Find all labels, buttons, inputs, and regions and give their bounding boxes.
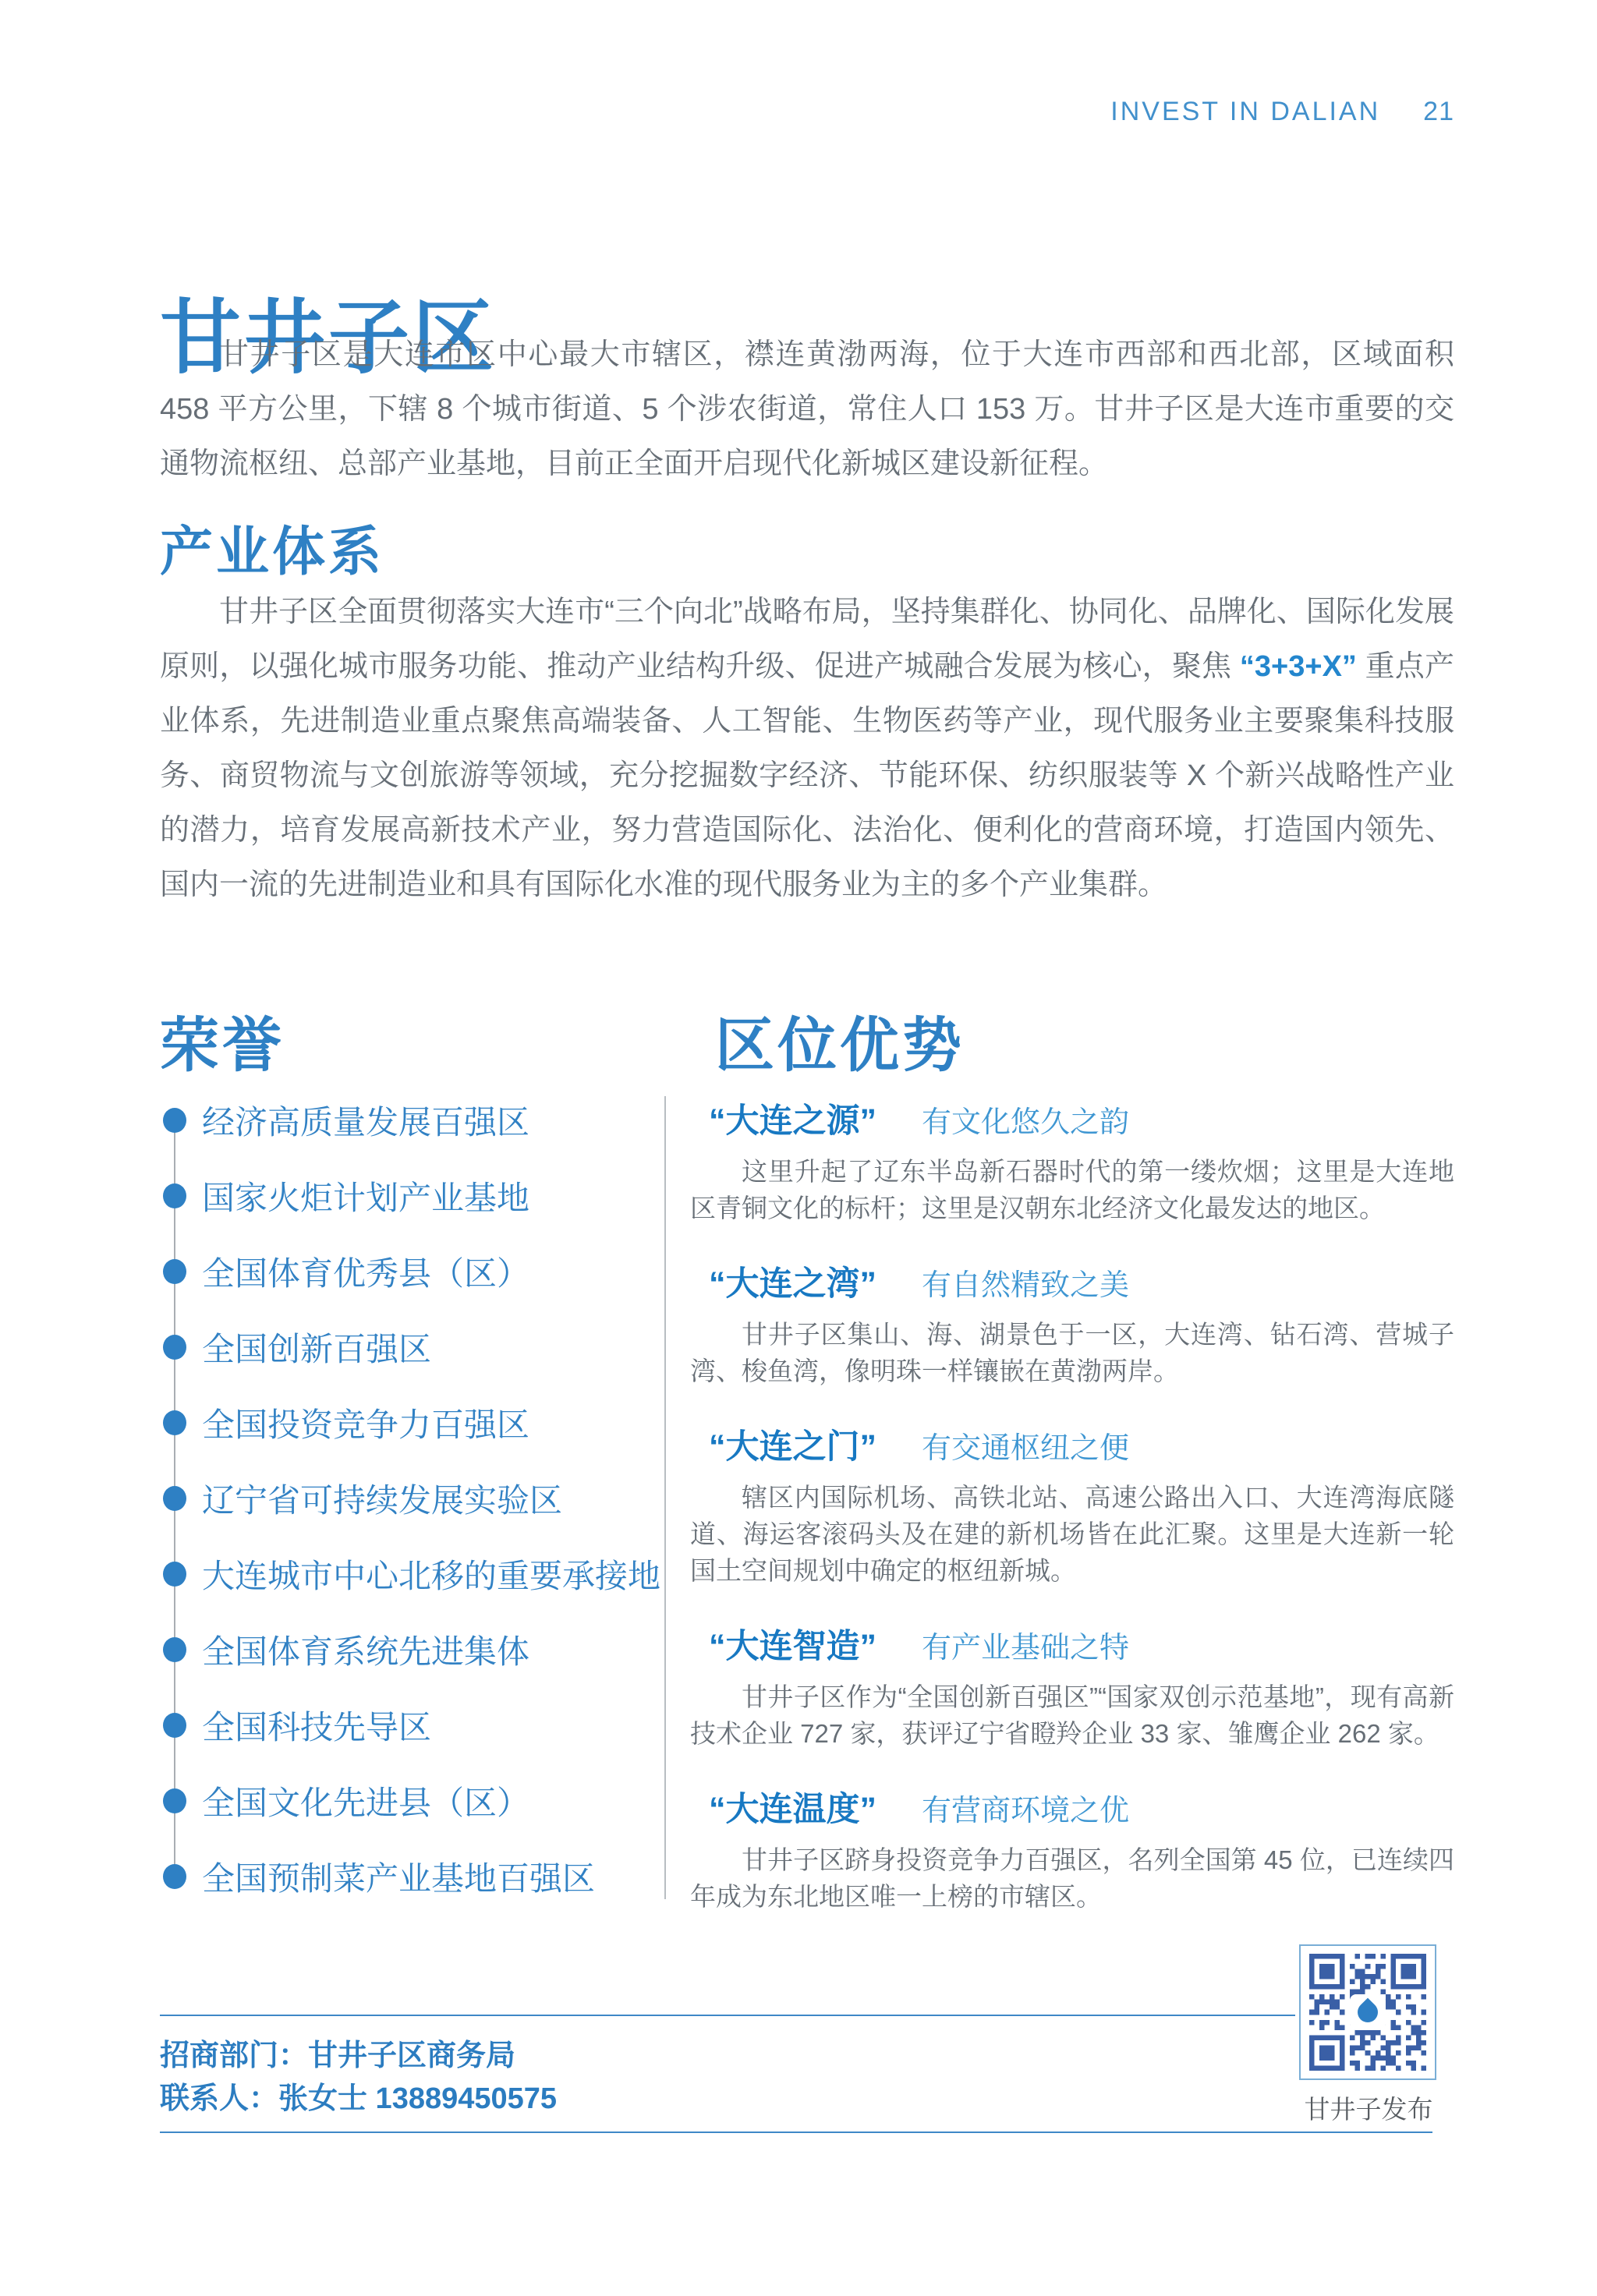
honor-label: 全国体育优秀县（区）	[202, 1248, 529, 1295]
advantage-heading-row: “大连温度” 有营商环境之优	[690, 1783, 1454, 1831]
advantage-section: “大连之湾” 有自然精致之美 甘井子区集山、海、湖景色于一区，大连湾、钻石湾、营…	[690, 1258, 1454, 1389]
advantage-heading-row: “大连智造” 有产业基础之特	[690, 1620, 1454, 1668]
honor-list-item: 国家火炬计划产业基地	[163, 1158, 662, 1233]
qr-center-logo	[1350, 1994, 1386, 2030]
advantage-section: “大连之源” 有文化悠久之韵 这里升起了辽东半岛新石器时代的第一缕炊烟；这里是大…	[690, 1095, 1454, 1226]
bullet-dot-icon	[163, 1183, 186, 1208]
honor-list-item: 全国体育系统先进集体	[163, 1611, 662, 1687]
bullet-dot-icon	[163, 1562, 186, 1587]
advantage-body: 甘井子区作为“全国创新百强区”“国家双创示范基地”，现有高新技术企业 727 家…	[690, 1679, 1454, 1752]
honor-list-item: 全国预制菜产业基地百强区	[163, 1838, 662, 1914]
bullet-dot-icon	[163, 1108, 186, 1133]
bullet-dot-icon	[163, 1335, 186, 1360]
industry-section-heading: 产业体系	[160, 518, 384, 586]
honor-label: 国家火炬计划产业基地	[202, 1173, 529, 1219]
bullet-dot-icon	[163, 1486, 186, 1511]
honor-list-item: 全国投资竞争力百强区	[163, 1385, 662, 1460]
contact-person: 联系人：张女士 13889450575	[160, 2078, 557, 2121]
page-header: INVEST IN DALIAN21	[1110, 97, 1454, 127]
advantage-section: “大连之门” 有交通枢纽之便 辖区内国际机场、高铁北站、高速公路出入口、大连湾海…	[690, 1420, 1454, 1589]
advantage-heading-row: “大连之源” 有文化悠久之韵	[690, 1095, 1454, 1142]
qr-code	[1299, 1944, 1436, 2080]
bullet-dot-icon	[163, 1788, 186, 1813]
advantage-section: “大连智造” 有产业基础之特 甘井子区作为“全国创新百强区”“国家双创示范基地”…	[690, 1620, 1454, 1752]
advantage-section: “大连温度” 有营商环境之优 甘井子区跻身投资竞争力百强区，名列全国第 45 位…	[690, 1783, 1454, 1915]
column-divider-line	[664, 1096, 666, 1899]
industry-highlight-3-3-x: “3+3+X”	[1240, 650, 1357, 683]
advantage-heading-row: “大连之湾” 有自然精致之美	[690, 1258, 1454, 1305]
bullet-dot-icon	[163, 1713, 186, 1738]
advantage-quote: “大连智造”	[709, 1620, 876, 1668]
advantage-body: 甘井子区跻身投资竞争力百强区，名列全国第 45 位，已连续四年成为东北地区唯一上…	[690, 1841, 1454, 1915]
advantage-subtitle: 有文化悠久之韵	[922, 1098, 1129, 1141]
footer-divider-top	[160, 2015, 1295, 2016]
footer-divider-bottom	[160, 2131, 1432, 2133]
honor-list-item: 全国科技先导区	[163, 1687, 662, 1763]
advantage-heading-row: “大连之门” 有交通枢纽之便	[690, 1420, 1454, 1468]
honor-list-item: 全国文化先进县（区）	[163, 1763, 662, 1838]
intro-paragraph: 甘井子区是大连市区中心最大市辖区，襟连黄渤两海，位于大连市西部和西北部，区域面积…	[160, 327, 1454, 491]
advantage-body: 这里升起了辽东半岛新石器时代的第一缕炊烟；这里是大连地区青铜文化的标杆；这里是汉…	[690, 1153, 1454, 1226]
honor-label: 大连城市中心北移的重要承接地	[202, 1551, 660, 1597]
advantage-quote: “大连之源”	[709, 1095, 876, 1142]
honor-list-item: 大连城市中心北移的重要承接地	[163, 1536, 662, 1611]
contact-department: 招商部门：甘井子区商务局	[160, 2035, 557, 2078]
bullet-dot-icon	[163, 1259, 186, 1284]
contact-block: 招商部门：甘井子区商务局 联系人：张女士 13889450575	[160, 2035, 557, 2121]
honor-label: 辽宁省可持续发展实验区	[202, 1475, 562, 1522]
honor-list-item: 经济高质量发展百强区	[163, 1082, 662, 1158]
honor-label: 全国投资竞争力百强区	[202, 1399, 529, 1446]
bullet-dot-icon	[163, 1410, 186, 1435]
page-number: 21	[1423, 97, 1454, 126]
honor-label: 全国预制菜产业基地百强区	[202, 1853, 595, 1900]
bullet-dot-icon	[163, 1637, 186, 1662]
advantages-section-heading: 区位优势	[715, 1007, 965, 1084]
honor-list-item: 全国创新百强区	[163, 1309, 662, 1385]
honor-list-item: 全国体育优秀县（区）	[163, 1233, 662, 1309]
document-page: INVEST IN DALIAN21 甘井子区 甘井子区是大连市区中心最大市辖区…	[0, 0, 1597, 2296]
advantage-subtitle: 有交通枢纽之便	[922, 1424, 1129, 1466]
qr-caption: 甘井子发布	[1294, 2089, 1443, 2126]
honor-label: 全国体育系统先进集体	[202, 1626, 529, 1673]
advantage-body: 甘井子区集山、海、湖景色于一区，大连湾、钻石湾、营城子湾、梭鱼湾，像明珠一样镶嵌…	[690, 1316, 1454, 1389]
honors-list: 经济高质量发展百强区 国家火炬计划产业基地 全国体育优秀县（区） 全国创新百强区…	[160, 1082, 662, 1914]
honor-label: 全国文化先进县（区）	[202, 1778, 529, 1824]
advantage-quote: “大连之门”	[709, 1420, 876, 1468]
bullet-dot-icon	[163, 1864, 186, 1889]
honor-label: 全国创新百强区	[202, 1324, 431, 1371]
advantage-quote: “大连之湾”	[709, 1258, 876, 1305]
water-drop-icon	[1354, 1998, 1383, 2027]
advantage-subtitle: 有自然精致之美	[922, 1261, 1129, 1304]
industry-text-after: 重点产业体系，先进制造业重点聚焦高端装备、人工智能、生物医药等产业，现代服务业主…	[160, 650, 1454, 901]
advantage-subtitle: 有产业基础之特	[922, 1623, 1129, 1666]
advantage-subtitle: 有营商环境之优	[922, 1786, 1129, 1829]
advantage-body: 辖区内国际机场、高铁北站、高速公路出入口、大连湾海底隧道、海运客滚码头及在建的新…	[690, 1479, 1454, 1589]
honor-label: 经济高质量发展百强区	[202, 1097, 529, 1144]
header-brand: INVEST IN DALIAN	[1110, 97, 1380, 126]
honor-label: 全国科技先导区	[202, 1702, 431, 1749]
advantage-quote: “大连温度”	[709, 1783, 876, 1831]
honor-list-item: 辽宁省可持续发展实验区	[163, 1460, 662, 1536]
industry-paragraph: 甘井子区全面贯彻落实大连市“三个向北”战略布局，坚持集群化、协同化、品牌化、国际…	[160, 585, 1454, 912]
honors-section-heading: 荣誉	[160, 1007, 285, 1084]
advantages-sections: “大连之源” 有文化悠久之韵 这里升起了辽东半岛新石器时代的第一缕炊烟；这里是大…	[690, 1095, 1454, 1946]
